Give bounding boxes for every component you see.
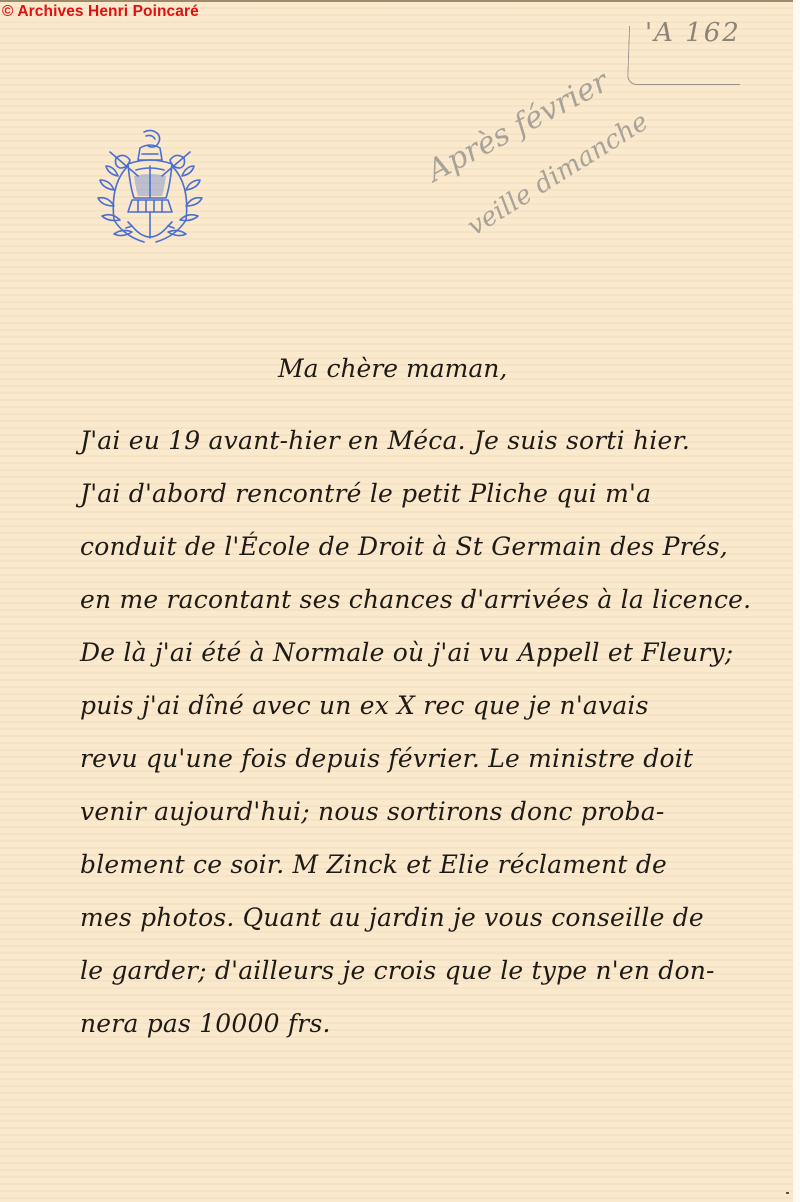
crest-emblem-icon — [88, 126, 212, 252]
letter-salutation: Ma chère maman, — [278, 354, 507, 383]
paper-speck — [786, 1192, 789, 1194]
letter-line: conduit de l'École de Droit à St Germain… — [80, 520, 790, 573]
letter-line: venir aujourd'hui; nous sortirons donc p… — [80, 785, 790, 838]
scan-margin — [793, 0, 800, 1202]
letter-line: le garder; d'ailleurs je crois que le ty… — [80, 944, 790, 997]
letter-line: blement ce soir. M Zinck et Elie réclame… — [80, 838, 790, 891]
letter-page: © Archives Henri Poincaré 'A 162 Après f… — [0, 0, 793, 1202]
copyright-label: © Archives Henri Poincaré — [2, 3, 199, 21]
shelfmark: 'A 162 — [645, 18, 741, 48]
letter-line: revu qu'une fois depuis février. Le mini… — [80, 732, 790, 785]
letter-line: nera pas 10000 frs. — [80, 997, 790, 1050]
letter-line: J'ai d'abord rencontré le petit Pliche q… — [80, 467, 790, 520]
letter-line: en me racontant ses chances d'arrivées à… — [80, 573, 790, 626]
letter-line: J'ai eu 19 avant-hier en Méca. Je suis s… — [80, 414, 790, 467]
letter-line: mes photos. Quant au jardin je vous cons… — [80, 891, 790, 944]
letter-line: puis j'ai dîné avec un ex X rec que je n… — [80, 679, 790, 732]
letter-line: De là j'ai été à Normale où j'ai vu Appe… — [80, 626, 790, 679]
letter-body: J'ai eu 19 avant-hier en Méca. Je suis s… — [80, 414, 790, 1050]
